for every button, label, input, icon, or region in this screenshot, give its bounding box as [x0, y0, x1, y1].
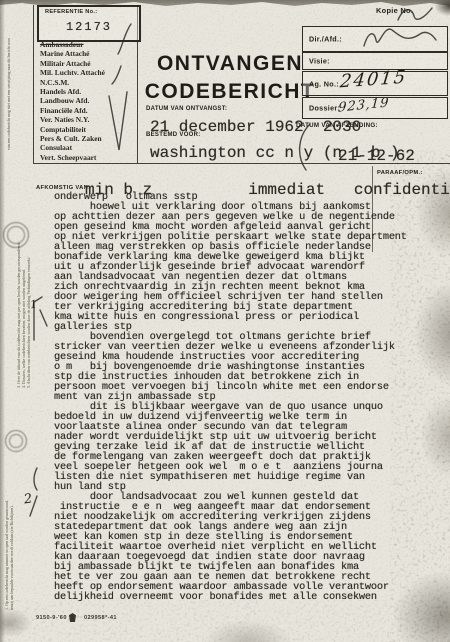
form-code: 9150-9-'60: [36, 615, 67, 621]
message-body-text: onderwerp oltmans sstp hoewel uit verkla…: [54, 192, 407, 602]
checkmark-icon: [112, 66, 121, 84]
distribution-item: Ver. Naties N.Y.: [40, 115, 105, 124]
distribution-item: Militair Attaché: [40, 59, 105, 68]
distribution-item: Mil. Luchtv. Attaché: [40, 68, 105, 77]
ag-no-label: Ag. No.:: [309, 79, 339, 88]
distribution-item: Comptabiliteit: [40, 125, 105, 134]
reference-label: REFERENTIE No.:: [45, 9, 97, 15]
reference-number-stamp: 12173: [39, 20, 139, 34]
form-left-rule: [33, 5, 34, 163]
distribution-list: Ambassadeur Marine Attaché Militair Atta…: [40, 40, 105, 162]
margin-note-top: van een codebericht mag niet met een ver…: [6, 38, 17, 150]
document-title-line1: ONTVANGEN: [140, 52, 320, 76]
routing-box-dir-afd: Dir./Afd.:: [302, 26, 448, 52]
round-ink-stamp: [3, 222, 29, 248]
distribution-item-struck: Ambassadeur: [40, 40, 105, 49]
distribution-item: Vert. Scheepvaart: [40, 153, 105, 162]
margin-note-5: 5. Afschriften van codeberichten worden …: [26, 154, 31, 388]
distribution-item: Marine Attaché: [40, 49, 105, 58]
distribution-item: Landbouw Afd.: [40, 96, 105, 105]
visie-label: Visie:: [309, 57, 330, 66]
margin-mark-2: 2: [23, 491, 33, 507]
print-code: 029958*-41: [84, 615, 117, 621]
kopie-no-label: Kopie No.: [376, 6, 413, 15]
routing-box-visie: Visie:: [302, 52, 448, 70]
checkmark-icon: [109, 92, 127, 150]
distribution-item: Pers & Cult. Zaken: [40, 134, 105, 143]
pen-paren-stroke: [34, 468, 37, 490]
dossier-label: Dossier:: [309, 104, 340, 113]
distribution-item: N.C.S.M.: [40, 78, 105, 87]
round-ink-stamp: [5, 430, 27, 452]
distribution-item: Handels Afd.: [40, 87, 105, 96]
datum-afzending-value: 21-12-62: [338, 147, 415, 165]
dir-afd-label: Dir./Afd.:: [309, 35, 342, 44]
paraaf-opm-label: PARAAF/OPM.:: [377, 170, 423, 176]
lion-crest-icon: [69, 613, 76, 622]
distribution-item: Consulaat: [40, 143, 105, 152]
margin-notes-middle: 3. Over de inhoud van dit codebericht ma…: [16, 154, 32, 388]
distribution-item: Financiële Afd.: [40, 106, 105, 115]
bestemd-voor-label: BESTEMD VOOR:: [146, 132, 201, 138]
telegram-document-page: van een codebericht mag niet met een ver…: [0, 0, 450, 642]
document-title-line2: CODEBERICHT: [140, 80, 320, 104]
pen-slash-stroke: [40, 310, 47, 326]
datum-afzending-label: DATUM VAN AFZENDING:: [296, 122, 378, 129]
margin-mark-1: 1: [29, 298, 37, 312]
datum-ontvangst-label: DATUM VAN ONTVANGST:: [146, 106, 227, 112]
reference-number-box: REFERENTIE No.: 12173: [37, 5, 141, 42]
